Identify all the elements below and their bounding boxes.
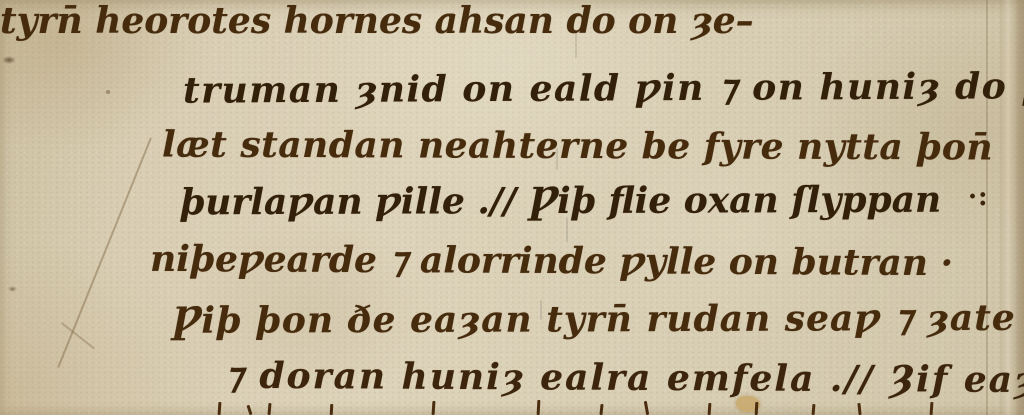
ink-speck <box>106 90 110 94</box>
manuscript-page: truman ȝnid on eald ƿin ⁊ on huniȝ do pi… <box>0 0 1024 415</box>
ink-speck <box>8 286 17 292</box>
line4-punctuation-mark: ·: <box>968 182 989 212</box>
parchment-crease <box>58 137 152 368</box>
manuscript-line-4: niþeƿearde ⁊ alorrinde ƿylle on butran · <box>150 238 953 284</box>
manuscript-line-1: truman ȝnid on eald ƿin ⁊ on huniȝ do pi… <box>183 64 1024 111</box>
manuscript-line-5: Ƿiþ þon ðe eaȝan tyrn̄ rudan seaƿ ⁊ ȝate… <box>172 296 1024 342</box>
page-edge <box>1000 0 1024 415</box>
ink-speck <box>2 56 16 64</box>
manuscript-line-3: þurlaƿan ƿille .// Ƿiþ flie oxan ſlyppan <box>180 179 941 224</box>
ascender-tip <box>330 404 334 415</box>
manuscript-line-2: læt standan neahterne be fyre nytta þon̄ <box>162 124 993 169</box>
manuscript-line-7: tyrn̄ heorotes hornes ahsan do on ȝe– <box>0 0 754 42</box>
manuscript-line-6: ⁊ doran huniȝ ealra emfela .// Ȝif eaȝan <box>225 355 1024 402</box>
